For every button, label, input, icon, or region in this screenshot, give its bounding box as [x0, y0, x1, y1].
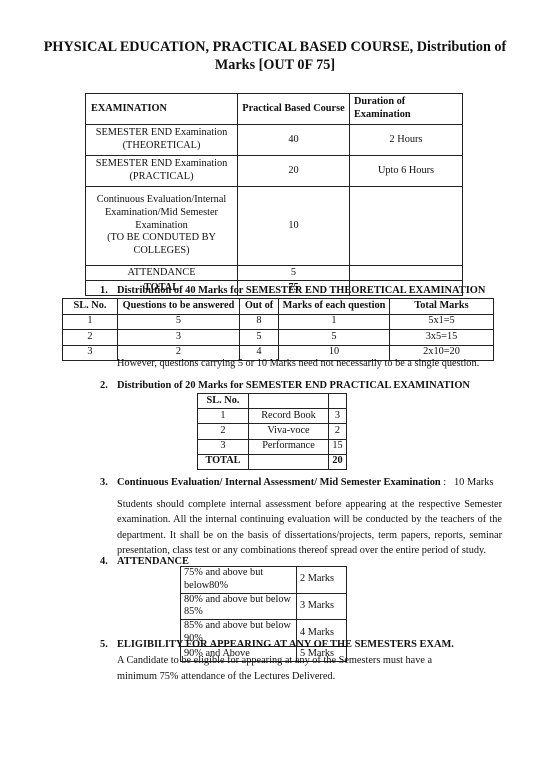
duration-cell	[350, 266, 463, 281]
table-header-row: EXAMINATION Practical Based Course Durat…	[86, 94, 463, 125]
document-title-line-1: PHYSICAL EDUCATION, PRACTICAL BASED COUR…	[0, 38, 550, 56]
header-examination: EXAMINATION	[86, 94, 238, 125]
total-label: TOTAL	[198, 454, 249, 469]
header-duration: Duration of Examination	[350, 94, 463, 125]
header-marks	[329, 394, 347, 409]
table-row: 2 Viva-voce 2	[198, 424, 347, 439]
section-1-note: However, questions carrying 5 or 10 Mark…	[117, 357, 479, 370]
header-total-marks: Total Marks	[390, 299, 494, 315]
document-title: PHYSICAL EDUCATION, PRACTICAL BASED COUR…	[0, 38, 550, 74]
header-practical-based-course: Practical Based Course	[238, 94, 350, 125]
exam-cell: Continuous Evaluation/Internal Examinati…	[86, 187, 238, 266]
table-row: SEMESTER END Examination (PRACTICAL) 20 …	[86, 156, 463, 187]
duration-cell: 2 Hours	[350, 125, 463, 156]
table-row: 3 Performance 15	[198, 439, 347, 454]
header-questions: Questions to be answered	[118, 299, 240, 315]
duration-cell	[350, 187, 463, 266]
header-component	[249, 394, 329, 409]
marks-cell: 5	[238, 266, 350, 281]
section-title: ATTENDANCE	[117, 556, 189, 567]
section-number: 4.	[100, 555, 117, 568]
section-5-line-2: minimum 75% attendance of the Lectures D…	[117, 670, 335, 683]
section-3-marks: 10 Marks	[454, 477, 494, 488]
section-title: Continuous Evaluation/ Internal Assessme…	[117, 477, 441, 488]
marks-cell: 40	[238, 125, 350, 156]
marks-cell: 10	[238, 187, 350, 266]
total-value: 20	[329, 454, 347, 469]
section-number: 2.	[100, 379, 117, 392]
section-title: Distribution of 20 Marks for SEMESTER EN…	[117, 380, 470, 391]
practical-marks-table: SL. No. 1 Record Book 3 2 Viva-voce 2 3 …	[197, 393, 347, 470]
header-sl-no: SL. No.	[198, 394, 249, 409]
table-row: 2 3 5 5 3x5=15	[63, 330, 494, 346]
table-row: 75% and above but below80% 2 Marks	[181, 567, 347, 594]
section-4-heading: 4.ATTENDANCE	[100, 555, 189, 568]
section-5-line-1: A Candidate to be eligible for appearing…	[117, 654, 432, 667]
table-header-row: SL. No. Questions to be answered Out of …	[63, 299, 494, 315]
header-sl-no: SL. No.	[63, 299, 118, 315]
section-number: 3.	[100, 476, 117, 489]
section-1-heading: 1.Distribution of 40 Marks for SEMESTER …	[100, 284, 485, 297]
duration-cell: Upto 6 Hours	[350, 156, 463, 187]
theory-marks-table: SL. No. Questions to be answered Out of …	[62, 298, 494, 361]
total-row: TOTAL 20	[198, 454, 347, 469]
marks-cell: 20	[238, 156, 350, 187]
section-title: Distribution of 40 Marks for SEMESTER EN…	[117, 285, 485, 296]
table-row: ATTENDANCE 5	[86, 266, 463, 281]
exam-cell: ATTENDANCE	[86, 266, 238, 281]
table-row: Continuous Evaluation/Internal Examinati…	[86, 187, 463, 266]
exam-cell: SEMESTER END Examination (THEORETICAL)	[86, 125, 238, 156]
section-number: 1.	[100, 284, 117, 297]
section-3-heading: 3.Continuous Evaluation/ Internal Assess…	[100, 476, 494, 489]
header-out-of: Out of	[240, 299, 279, 315]
table-row: 1 5 8 1 5x1=5	[63, 314, 494, 330]
section-5-heading: 5.ELIGIBILITY FOR APPEARING AT ANY OF TH…	[100, 638, 454, 651]
table-row: 1 Record Book 3	[198, 409, 347, 424]
document-title-line-2: Marks [OUT 0F 75]	[0, 56, 550, 74]
table-header-row: SL. No.	[198, 394, 347, 409]
section-title: ELIGIBILITY FOR APPEARING AT ANY OF THE …	[117, 639, 454, 650]
section-2-heading: 2.Distribution of 20 Marks for SEMESTER …	[100, 379, 470, 392]
section-3-paragraph: Students should complete internal assess…	[117, 497, 502, 559]
table-row: 80% and above but below 85% 3 Marks	[181, 593, 347, 620]
header-marks-each: Marks of each question	[279, 299, 390, 315]
section-number: 5.	[100, 638, 117, 651]
exam-cell: SEMESTER END Examination (PRACTICAL)	[86, 156, 238, 187]
marks-distribution-table: EXAMINATION Practical Based Course Durat…	[85, 93, 463, 296]
table-row: SEMESTER END Examination (THEORETICAL) 4…	[86, 125, 463, 156]
